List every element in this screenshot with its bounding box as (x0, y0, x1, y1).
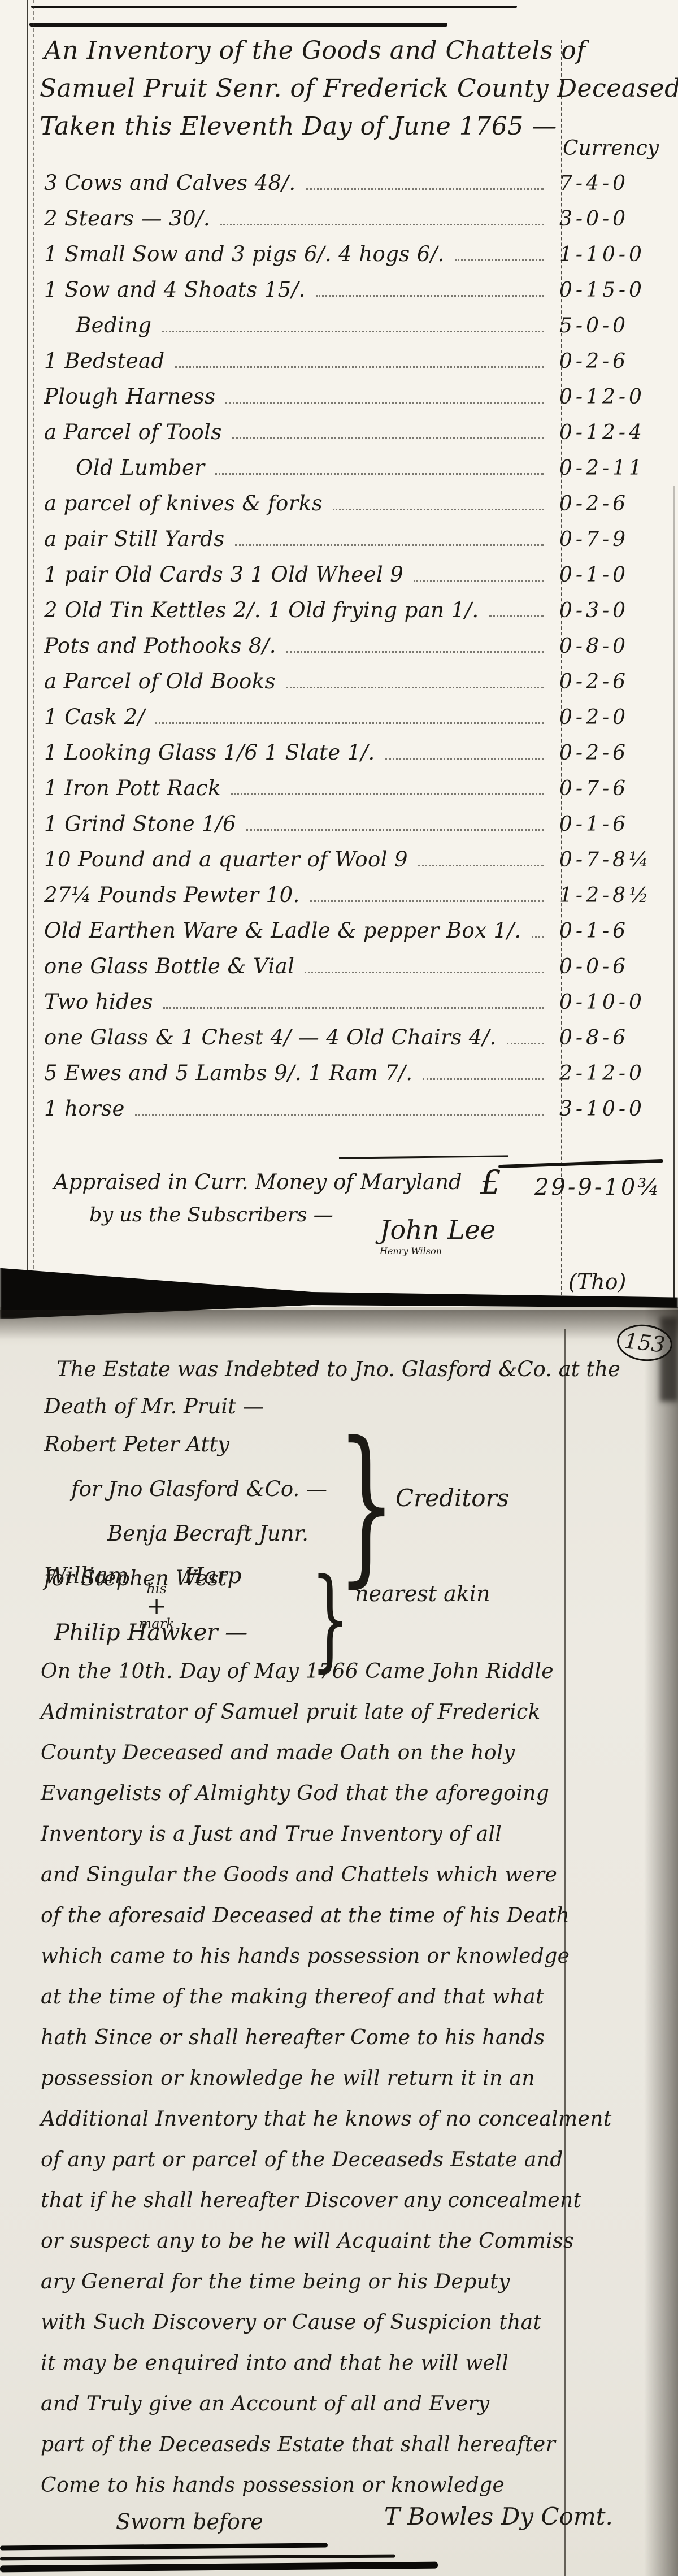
item-description: 2 Old Tin Kettles 2/. 1 Old frying pan 1… (44, 598, 486, 622)
item-description: 1 Bedstead (44, 349, 172, 373)
item-description: 1 Looking Glass 1/6 1 Slate 1/. (44, 740, 382, 765)
deputy-commissary-signature: T Bowles Dy Comt. (384, 2503, 613, 2530)
inventory-row: 1 Iron Pott Rack 0-7-6 (44, 776, 664, 812)
item-description: 5 Ewes and 5 Lambs 9/. 1 Ram 7/. (44, 1061, 419, 1085)
dotted-leader (306, 188, 544, 190)
inventory-row: one Glass & 1 Chest 4/ — 4 Old Chairs 4/… (44, 1025, 664, 1061)
item-price: 0-1-6 (559, 813, 664, 836)
oath-line: and Singular the Goods and Chattels whic… (41, 1855, 612, 1896)
inventory-row: 27¼ Pounds Pewter 10. 1-2-8½ (44, 883, 664, 918)
dotted-leader (235, 544, 544, 546)
pound-currency-symbol: £ (480, 1163, 501, 1202)
appraisal-statement-line2: by us the Subscribers — (89, 1204, 333, 1226)
item-price: 0-7-9 (559, 528, 664, 551)
item-price: 0-10-0 (559, 991, 664, 1014)
oath-line: Inventory is a Just and True Inventory o… (41, 1814, 612, 1855)
title-line: Samuel Pruit Senr. of Frederick County D… (40, 70, 678, 107)
item-description: 1 pair Old Cards 3 1 Old Wheel 9 (44, 562, 410, 587)
item-description: 27¼ Pounds Pewter 10. (44, 883, 307, 907)
inventory-row: Old Lumber 0-2-11 (44, 456, 664, 491)
item-price: 0-1-6 (559, 920, 664, 943)
creditor-name: Robert Peter Atty (44, 1422, 327, 1467)
dotted-leader (423, 1078, 544, 1080)
inventory-total-amount: 29-9-10¾ (534, 1174, 662, 1200)
item-description: Old Earthen Ware & Ladle & pepper Box 1/… (44, 918, 528, 943)
oath-line: hath Since or shall hereafter Come to hi… (41, 2018, 612, 2058)
dotted-leader (215, 473, 544, 475)
inventory-row: 10 Pound and a quarter of Wool 9 0-7-8¼ (44, 847, 664, 883)
item-description: a Parcel of Old Books (44, 669, 282, 693)
oath-line: of the aforesaid Deceased at the time of… (41, 1896, 612, 1936)
dotted-leader (286, 687, 544, 688)
item-price: 0-2-0 (559, 706, 664, 729)
item-price: 0-12-4 (559, 421, 664, 444)
oath-line: or suspect any to be he will Acquaint th… (41, 2221, 612, 2262)
dotted-leader (232, 437, 544, 439)
inventory-row: 1 horse 3-10-0 (44, 1096, 664, 1132)
item-price: 0-15-0 (559, 279, 664, 302)
oath-line: which came to his hands possession or kn… (41, 1936, 612, 1977)
oath-line: with Such Discovery or Cause of Suspicio… (41, 2302, 612, 2343)
oath-line: it may be enquired into and that he will… (41, 2343, 612, 2384)
item-price: 5-0-0 (559, 314, 664, 337)
item-price: 0-8-6 (559, 1026, 664, 1050)
item-price: 1-2-8½ (559, 884, 664, 907)
sum-rule-thick (498, 1159, 663, 1168)
dotted-leader (175, 366, 544, 368)
dotted-leader (286, 651, 544, 653)
item-price: 0-12-0 (559, 385, 664, 409)
appraiser-signatures: John Lee Henry Wilson (380, 1214, 496, 1256)
page2-top-edge-shadow (0, 1310, 678, 1339)
page1-right-edge-line (673, 486, 675, 1306)
inventory-row: Two hides 0-10-0 (44, 990, 664, 1025)
administrator-oath-paragraph: On the 10th. Day of May 1766 Came John R… (41, 1651, 612, 2506)
item-price: 0-7-6 (559, 777, 664, 800)
creditors-label: Creditors (395, 1484, 509, 1512)
next-of-kin-name: Philip Hawker — (54, 1620, 247, 1646)
statement-line: Death of Mr. Pruit — (44, 1388, 620, 1425)
page2-binding-shadow (644, 1307, 678, 2576)
appraiser-signature: Henry Wilson (380, 1246, 496, 1256)
item-price: 1-10-0 (559, 243, 664, 266)
inventory-row: a parcel of knives & forks 0-2-6 (44, 491, 664, 527)
inventory-row: 3 Cows and Calves 48/. 7-4-0 (44, 171, 664, 206)
item-description: 1 Iron Pott Rack (44, 776, 228, 800)
oath-line: that if he shall hereafter Discover any … (41, 2180, 612, 2221)
inventory-row: 1 Small Sow and 3 pigs 6/. 4 hogs 6/. 1-… (44, 242, 664, 277)
item-description: a parcel of knives & forks (44, 491, 329, 515)
item-description: Two hides (44, 990, 160, 1014)
dotted-leader (231, 793, 544, 795)
inventory-row: 2 Stears — 30/. 3-0-0 (44, 206, 664, 242)
item-price: 0-2-6 (559, 492, 664, 515)
item-price: 3-0-0 (559, 207, 664, 231)
dotted-leader (310, 900, 544, 902)
item-description: one Glass Bottle & Vial (44, 954, 301, 978)
dotted-leader (163, 1007, 544, 1009)
catchword: (Tho) (568, 1269, 626, 1294)
inventory-row: Plough Harness 0-12-0 (44, 384, 664, 420)
oath-line: possession or knowledge he will return i… (41, 2058, 612, 2099)
item-price: 3-10-0 (559, 1098, 664, 1121)
creditor-name: for Jno Glasford &Co. — (71, 1467, 327, 1511)
item-description: 1 Grind Stone 1/6 (44, 812, 243, 836)
inventory-row: 1 Cask 2/ 0-2-0 (44, 705, 664, 740)
item-price: 0-2-6 (559, 670, 664, 693)
dotted-leader (305, 972, 544, 973)
item-description: one Glass & 1 Chest 4/ — 4 Old Chairs 4/… (44, 1025, 503, 1050)
dotted-leader (455, 259, 544, 261)
dotted-leader (414, 580, 544, 582)
inventory-row: 5 Ewes and 5 Lambs 9/. 1 Ram 7/. 2-12-0 (44, 1061, 664, 1096)
item-price: 2-12-0 (559, 1062, 664, 1085)
left-margin-line-inner (33, 0, 34, 1297)
oath-line: ary General for the time being or his De… (41, 2262, 612, 2302)
item-price: 0-3-0 (559, 599, 664, 622)
item-price: 0-2-11 (559, 457, 664, 480)
oath-line: County Deceased and made Oath on the hol… (41, 1733, 612, 1773)
inventory-row: 1 Bedstead 0-2-6 (44, 349, 664, 384)
oath-line: On the 10th. Day of May 1766 Came John R… (41, 1651, 612, 1692)
dotted-leader (489, 615, 544, 617)
appraiser-signature: John Lee (380, 1214, 496, 1246)
inventory-row: 1 Looking Glass 1/6 1 Slate 1/. 0-2-6 (44, 740, 664, 776)
left-margin-line (27, 0, 28, 1297)
item-description: 3 Cows and Calves 48/. (44, 171, 303, 195)
inventory-items-list: 3 Cows and Calves 48/. 7-4-0 2 Stears — … (44, 171, 664, 1132)
item-price: 0-2-6 (559, 350, 664, 373)
inventory-row: one Glass Bottle & Vial 0-0-6 (44, 954, 664, 990)
creditor-name: Benja Becraft Junr. (107, 1511, 327, 1556)
item-description: Old Lumber (44, 456, 211, 480)
item-description: 10 Pound and a quarter of Wool 9 (44, 847, 415, 871)
item-price: 0-7-8¼ (559, 848, 664, 871)
top-border-line-thick (29, 23, 447, 27)
inventory-title: An Inventory of the Goods and Chattels o… (40, 32, 678, 145)
kin-first-name: William (44, 1563, 129, 1589)
inventory-row: 1 pair Old Cards 3 1 Old Wheel 9 0-1-0 (44, 562, 664, 598)
item-description: 1 horse (44, 1096, 132, 1121)
inventory-row: Beding 5-0-0 (44, 313, 664, 349)
dotted-leader (418, 865, 544, 866)
signature-cross-mark: + (146, 1595, 166, 1617)
dotted-leader (246, 829, 544, 831)
top-border-line (31, 6, 517, 8)
sworn-before-label: Sworn before (116, 2509, 263, 2534)
dotted-leader (385, 758, 544, 760)
inventory-row: Pots and Pothooks 8/. 0-8-0 (44, 634, 664, 669)
oath-line: Evangelists of Almighty God that the afo… (41, 1773, 612, 1814)
inventory-row: a Parcel of Tools 0-12-4 (44, 420, 664, 456)
inventory-row: 1 Sow and 4 Shoats 15/. 0-15-0 (44, 277, 664, 313)
inventory-row: a Parcel of Old Books 0-2-6 (44, 669, 664, 705)
appraisal-statement-line1: Appraised in Curr. Money of Maryland (54, 1170, 462, 1194)
dotted-leader (162, 331, 544, 332)
item-description: Pots and Pothooks 8/. (44, 634, 283, 658)
item-description: 1 Sow and 4 Shoats 15/. (44, 277, 312, 302)
statement-line: The Estate was Indebted to Jno. Glasford… (56, 1351, 620, 1388)
inventory-row: 1 Grind Stone 1/6 0-1-6 (44, 812, 664, 847)
oath-line: Come to his hands possession or knowledg… (41, 2465, 612, 2506)
dotted-leader (135, 1114, 544, 1116)
item-price: 0-8-0 (559, 635, 664, 658)
item-description: 2 Stears — 30/. (44, 206, 217, 231)
oath-line: Administrator of Samuel pruit late of Fr… (41, 1692, 612, 1733)
item-price: 0-2-6 (559, 741, 664, 765)
dotted-leader (220, 224, 544, 225)
estate-debt-statement: The Estate was Indebted to Jno. Glasford… (44, 1351, 620, 1425)
item-description: a pair Still Yards (44, 527, 232, 551)
inventory-row: a pair Still Yards 0-7-9 (44, 527, 664, 562)
dotted-leader (155, 722, 544, 724)
oath-line: at the time of the making thereof and th… (41, 1977, 612, 2018)
dotted-leader (225, 402, 544, 404)
sum-rule (339, 1155, 508, 1159)
title-line: An Inventory of the Goods and Chattels o… (44, 32, 678, 70)
item-description: a Parcel of Tools (44, 420, 229, 444)
oath-line: of any part or parcel of the Deceaseds E… (41, 2140, 612, 2180)
dotted-leader (532, 936, 544, 938)
nearest-akin-label: nearest akin (355, 1581, 490, 1606)
oath-line: and Truly give an Account of all and Eve… (41, 2384, 612, 2425)
dotted-leader (507, 1043, 544, 1044)
dotted-leader (333, 509, 544, 510)
item-description: Beding (44, 313, 159, 337)
inventory-row: 2 Old Tin Kettles 2/. 1 Old frying pan 1… (44, 598, 664, 634)
item-price: 0-1-0 (559, 563, 664, 587)
currency-column-header: Currency (563, 137, 659, 160)
dotted-leader (316, 295, 544, 297)
kin-surname: Harp (185, 1563, 242, 1589)
item-description: 1 Small Sow and 3 pigs 6/. 4 hogs 6/. (44, 242, 451, 266)
oath-line: part of the Deceaseds Estate that shall … (41, 2425, 612, 2465)
item-price: 7-4-0 (559, 172, 664, 195)
manuscript-scan: An Inventory of the Goods and Chattels o… (0, 0, 678, 2576)
item-description: Plough Harness (44, 384, 222, 409)
oath-line: Additional Inventory that he knows of no… (41, 2099, 612, 2140)
item-description: 1 Cask 2/ (44, 705, 151, 729)
item-price: 0-0-6 (559, 955, 664, 978)
inventory-row: Old Earthen Ware & Ladle & pepper Box 1/… (44, 918, 664, 954)
